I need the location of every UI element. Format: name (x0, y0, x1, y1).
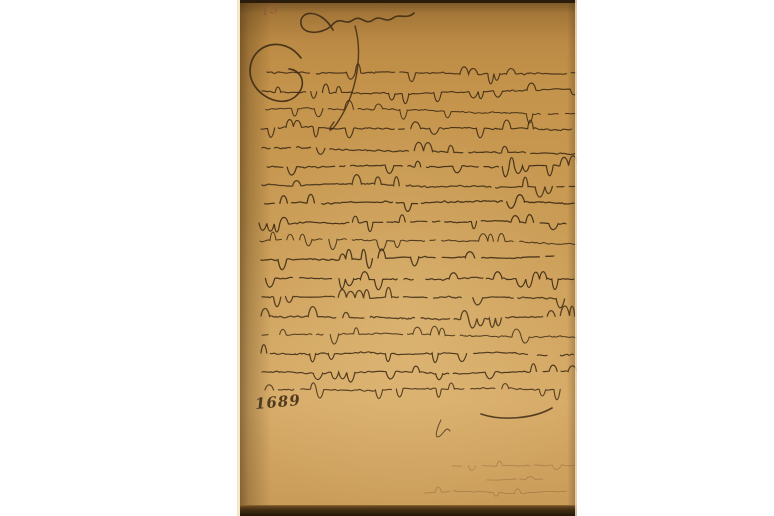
handwriting-layer (237, 0, 577, 516)
page: 13 1689 (0, 0, 774, 516)
photo-top-edge (237, 0, 577, 3)
manuscript-photo: 13 1689 (237, 0, 577, 516)
photo-bottom-edge (237, 505, 577, 516)
photo-left-border (237, 0, 240, 516)
photo-right-border (575, 0, 577, 516)
